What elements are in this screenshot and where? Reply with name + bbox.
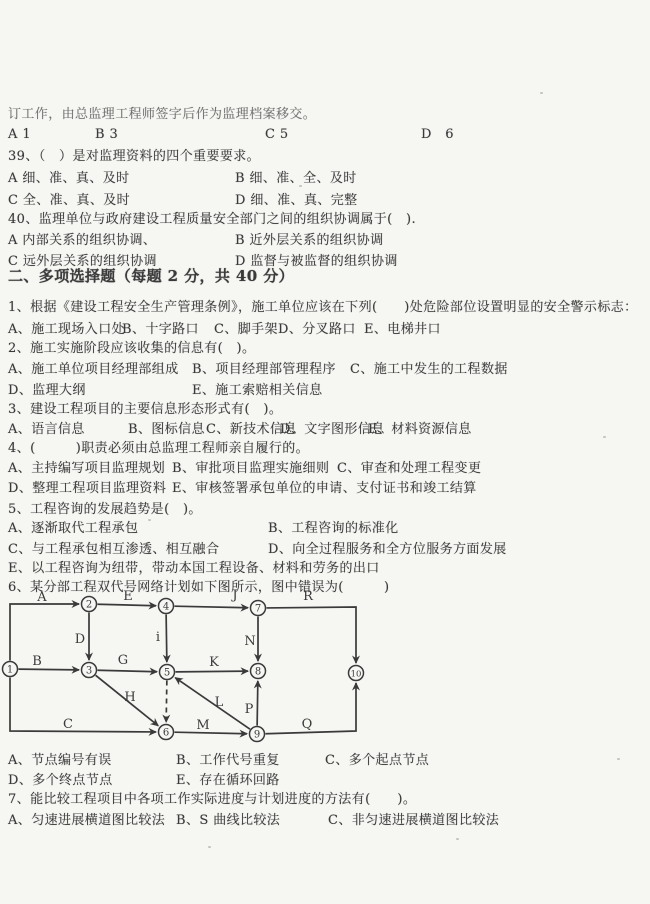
scan-speck — [148, 519, 151, 521]
activity-label: D — [75, 632, 85, 647]
node-number: 5 — [164, 667, 170, 678]
scan-speck — [617, 758, 620, 760]
diagram-node: 7 — [251, 601, 266, 616]
node-number: 10 — [351, 669, 362, 679]
node-number: 4 — [163, 601, 169, 612]
activity-label: P — [245, 702, 254, 717]
activity-arrow-K — [175, 671, 248, 672]
activity-arrow-E — [97, 604, 156, 606]
activity-label: B — [32, 654, 42, 669]
activity-arrow-P — [257, 681, 258, 726]
scan-speck — [299, 185, 302, 187]
activity-arrow-M — [174, 732, 247, 734]
scan-speck — [456, 838, 459, 840]
activity-label: Q — [302, 717, 313, 732]
scan-speck — [603, 436, 606, 438]
activity-arrow-L — [175, 678, 250, 730]
node-number: 1 — [7, 664, 13, 675]
activity-label: M — [196, 718, 209, 733]
diagram-node: 5 — [160, 665, 175, 680]
node-number: 9 — [254, 729, 260, 740]
activity-label: G — [118, 653, 128, 668]
node-number: 6 — [163, 727, 169, 738]
diagram-node: 4 — [159, 599, 174, 614]
diagram-node: 9 — [250, 727, 265, 742]
activity-arrow-i — [166, 614, 167, 662]
activity-label: N — [244, 634, 255, 649]
activity-arrow-J — [174, 606, 248, 608]
diagram-node: 2 — [82, 597, 97, 612]
activity-arrow-G — [97, 670, 157, 672]
activity-arrow-A — [10, 604, 79, 661]
activity-label: K — [209, 655, 219, 670]
scan-speck — [423, 430, 426, 432]
activity-label: H — [124, 690, 135, 705]
network-diagram: AEJRDBGiKNHCMLPQ12345678910 — [0, 0, 650, 904]
activity-label: C — [63, 717, 73, 732]
diagram-node: 10 — [349, 666, 364, 681]
diagram-node: 3 — [82, 663, 97, 678]
activity-label: J — [230, 588, 237, 603]
activity-label: L — [215, 695, 224, 710]
node-number: 3 — [86, 665, 92, 676]
scan-speck — [536, 310, 539, 312]
activity-label: R — [303, 589, 314, 604]
activity-label: i — [156, 630, 160, 645]
scan-speck — [208, 846, 211, 848]
activity-arrow-R — [266, 607, 356, 663]
diagram-node: 6 — [159, 725, 174, 740]
activity-label: A — [36, 590, 47, 605]
node-number: 8 — [255, 666, 261, 677]
scan-speck — [540, 92, 543, 94]
activity-arrow-B — [18, 669, 79, 670]
diagram-node: 8 — [251, 664, 266, 679]
node-number: 2 — [86, 599, 92, 610]
exam-page: 订工作，由总监理工程师签字后作为监理档案移交。A 1B 3C 5D 639、（ … — [0, 0, 650, 904]
dummy-activity-arrow — [166, 680, 167, 722]
diagram-node: 1 — [3, 662, 18, 677]
node-number: 7 — [255, 603, 261, 614]
activity-label: E — [123, 589, 133, 604]
